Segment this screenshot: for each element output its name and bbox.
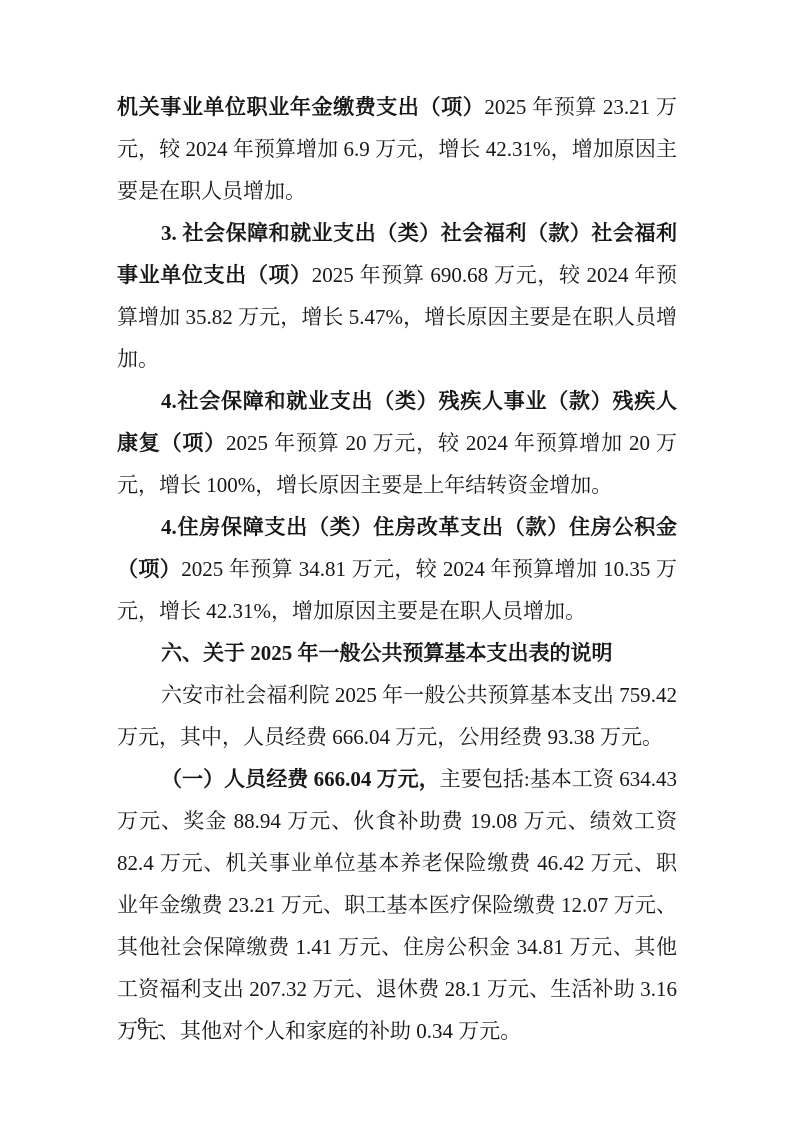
para-lead: （一）人员经费 666.04 万元，	[161, 767, 440, 791]
para-section-intro: 六安市社会福利院 2025 年一般公共预算基本支出 759.42 万元，其中，人…	[117, 674, 677, 758]
document-page: 机关事业单位职业年金缴费支出（项）2025 年预算 23.21 万元，较 202…	[0, 0, 793, 1122]
page-number: - 8 -	[120, 1011, 167, 1039]
para-text: 2025 年预算 34.81 万元，较 2024 年预算增加 10.35 万元，…	[117, 557, 677, 623]
document-body: 机关事业单位职业年金缴费支出（项）2025 年预算 23.21 万元，较 202…	[117, 86, 677, 1052]
para-disabled-rehab-expense: 4.社会保障和就业支出（类）残疾人事业（款）残疾人康复（项）2025 年预算 2…	[117, 380, 677, 506]
section-heading: 六、关于 2025 年一般公共预算基本支出表的说明	[117, 632, 677, 674]
para-text: 主要包括:基本工资 634.43 万元、奖金 88.94 万元、伙食补助费 19…	[117, 767, 677, 1043]
para-social-welfare-unit-expense: 3. 社会保障和就业支出（类）社会福利（款）社会福利事业单位支出（项）2025 …	[117, 212, 677, 380]
para-lead: 机关事业单位职业年金缴费支出（项）	[117, 95, 484, 119]
para-housing-fund-expense: 4.住房保障支出（类）住房改革支出（款）住房公积金（项）2025 年预算 34.…	[117, 506, 677, 632]
para-pension-annuity-expense: 机关事业单位职业年金缴费支出（项）2025 年预算 23.21 万元，较 202…	[117, 86, 677, 212]
para-personnel-expense-detail: （一）人员经费 666.04 万元，主要包括:基本工资 634.43 万元、奖金…	[117, 758, 677, 1052]
